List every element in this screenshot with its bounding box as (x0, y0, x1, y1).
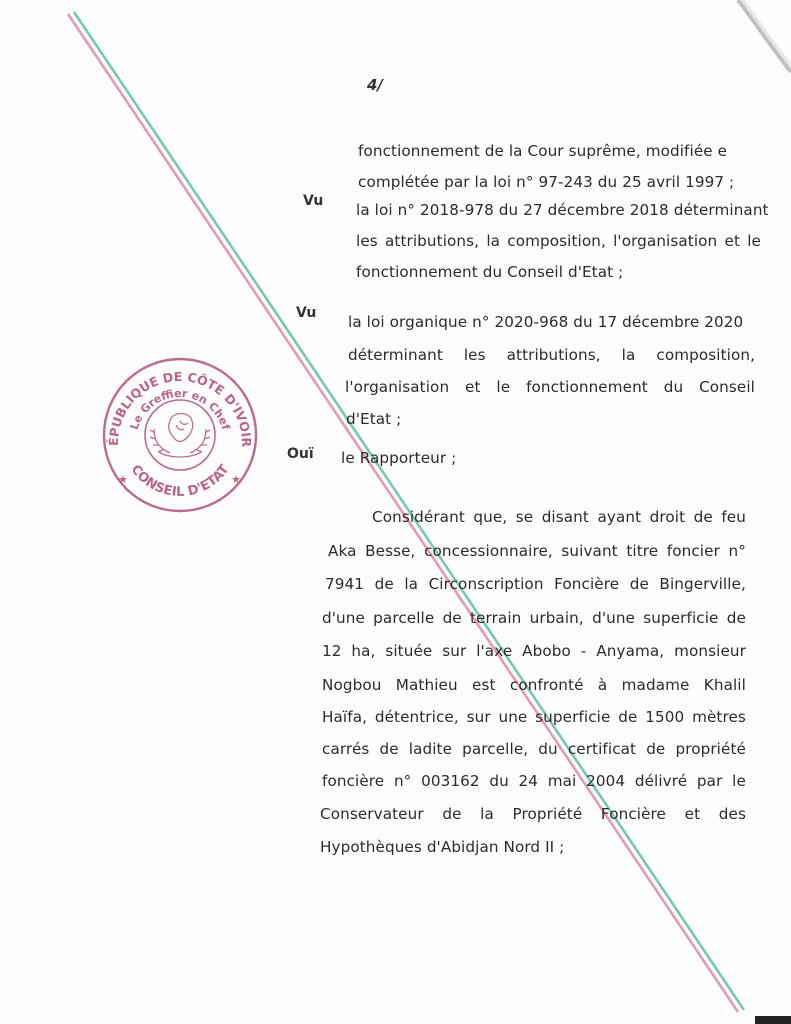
svg-text:★: ★ (231, 473, 241, 486)
text-line: Haïfa,détentrice,surunesuperficiede1500m… (322, 708, 746, 726)
text-line: lesattributions,lacomposition,l'organisa… (356, 232, 761, 250)
stamp-bottom-text: CONSEIL D'ETAT (128, 462, 233, 500)
svg-text:★: ★ (118, 473, 128, 486)
page-number: 4/ (367, 76, 383, 94)
text-line: complétée par la loi n° 97-243 du 25 avr… (358, 173, 734, 191)
text-line: 12ha,situéesurl'axeAbobo-Anyama,monsieur (322, 642, 746, 660)
text-line: le Rapporteur ; (341, 449, 456, 467)
clause-label: Vu (303, 193, 323, 209)
official-stamp: RÉPUBLIQUE DE CÔTE D'IVOIRE Le Greffier … (100, 355, 260, 515)
text-line: d'Etat ; (346, 410, 401, 428)
text-line: AkaBesse,concessionnaire,suivanttitrefon… (328, 542, 746, 560)
text-line: Hypothèques d'Abidjan Nord II ; (320, 838, 564, 856)
stamp-top-text: RÉPUBLIQUE DE CÔTE D'IVOIRE (100, 355, 254, 448)
text-line: fonctionnement de la Cour suprême, modif… (358, 142, 763, 160)
text-line: l'organisationetlefonctionnementduConsei… (345, 378, 755, 396)
text-line: foncièren°003162du24mai2004délivréparle (322, 772, 746, 790)
clause-label: Ouï (287, 446, 314, 462)
svg-text:RÉPUBLIQUE DE CÔTE D'IVOIRE: RÉPUBLIQUE DE CÔTE D'IVOIRE (100, 355, 254, 448)
svg-text:CONSEIL D'ETAT: CONSEIL D'ETAT (128, 462, 233, 500)
text-line: Considérantque,sedisantayantdroitdefeu (372, 508, 746, 526)
text-line: la loi organique n° 2020-968 du 17 décem… (348, 313, 743, 331)
text-line: la loi n° 2018-978 du 27 décembre 2018 d… (356, 201, 769, 219)
elephant-emblem-icon (150, 414, 210, 458)
text-line: ConservateurdelaPropriétéFoncièreetdes (320, 805, 746, 823)
text-line: 7941delaCirconscriptionFoncièredeBingerv… (325, 575, 746, 593)
text-line: d'uneparcelledeterrainurbain,d'unesuperf… (322, 609, 746, 627)
text-line: NogbouMathieuestconfrontéàmadameKhalil (322, 676, 746, 694)
text-line: déterminantlesattributions,lacomposition… (348, 346, 755, 364)
text-line: carrésdeladiteparcelle,ducertificatdepro… (322, 740, 746, 758)
document-page: 4/ fonctionnement de la Cour suprême, mo… (0, 0, 791, 1024)
clause-label: Vu (296, 305, 316, 321)
text-line: fonctionnement du Conseil d'Etat ; (356, 263, 623, 281)
